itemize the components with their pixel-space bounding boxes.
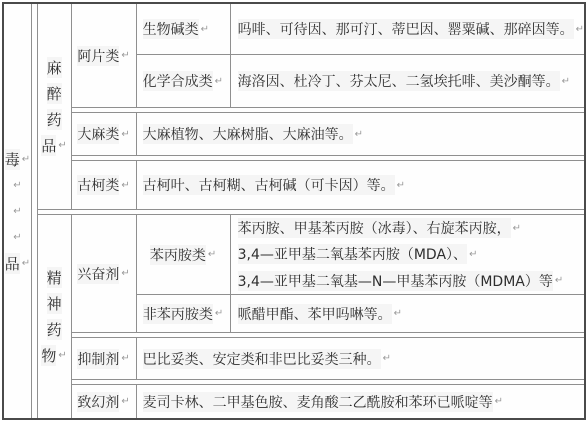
content-cell-merged: 巴比妥类、安定类和非巴比妥类三种。↵ (137, 338, 584, 379)
return-mark-icon: ↵ (208, 249, 216, 260)
return-mark-icon: ↵ (13, 206, 21, 217)
table-row-alkaloids: 生物碱类↵ 吗啡、可待因、那可汀、蒂巴因、罂粟碱、那碎因等。↵ (137, 4, 584, 55)
content-text: 海洛因、杜冷丁、芬太尼、二氢埃托啡、美沙酮等。 (238, 71, 560, 91)
section-narcotic-drugs: 麻 醉 药 品↵ 阿片类↵ 生物碱类↵ (38, 4, 584, 209)
return-mark-icon: ↵ (121, 268, 129, 279)
group-label-stimulants: 兴奋剂↵ (72, 215, 137, 332)
content-cell-merged: 古柯叶、古柯糊、古柯碱（可卡因）等。↵ (137, 161, 584, 209)
return-mark-icon: ↵ (121, 353, 129, 364)
content-text: 大麻植物、大麻树脂、大麻油等。 (143, 124, 353, 144)
char-zui: 醉 (47, 83, 62, 104)
return-mark-icon: ↵ (121, 396, 129, 407)
return-mark-icon: ↵ (397, 180, 405, 191)
content-cell: 海洛因、杜冷丁、芬太尼、二氢埃托啡、美沙酮等。↵ (231, 55, 584, 107)
vertical-char-line: 毒↵ (5, 146, 30, 172)
table-main-area: 麻 醉 药 品↵ 阿片类↵ 生物碱类↵ (38, 4, 584, 418)
group-hallucinogens: 致幻剂↵ 麦司卡林、二甲基色胺、麦角酸二乙酰胺和苯环已哌啶等↵ (72, 385, 584, 418)
group-stimulants: 兴奋剂↵ 苯丙胺类↵ 苯丙胺、甲基苯丙胺（冰毒）、右旋苯丙胺，↵ 3,4—亚甲基… (72, 215, 584, 332)
vertical-char-line: 品↵ (5, 250, 30, 276)
group-label-text: 兴奋剂 (77, 264, 119, 284)
section-label-mazui-yaopin: 麻 醉 药 品↵ (38, 4, 72, 209)
table-row-non-amphetamines: 非苯丙胺类↵ 哌醋甲酯、苯甲吗啉等。↵ (137, 295, 584, 332)
drug-classification-table: 毒↵ ↵ ↵ ↵ 品↵ 麻 醉 药 品↵ (2, 2, 586, 420)
return-mark-icon: ↵ (201, 24, 209, 35)
return-mark-icon: ↵ (13, 232, 21, 243)
content-text: 古柯叶、古柯糊、古柯碱（可卡因）等。 (143, 175, 395, 195)
content-cell-multiline: 苯丙胺、甲基苯丙胺（冰毒）、右旋苯丙胺，↵ 3,4—亚甲基二氧基苯丙胺（MDA）… (231, 215, 584, 294)
char-yao: 药 (47, 109, 62, 130)
group-label-text: 阿片类 (77, 46, 119, 66)
content-line: 3,4—亚甲基二氧基—N—甲基苯丙胺（MDMA）等 (238, 271, 553, 291)
return-mark-icon: ↵ (495, 396, 503, 407)
empty-paragraph-line: ↵ (13, 198, 21, 224)
group-label-text: 古柯类 (77, 175, 119, 195)
subcategory-cell: 化学合成类↵ (137, 55, 231, 107)
subcategory-text: 生物碱类 (143, 19, 199, 39)
char-du: 毒 (5, 149, 20, 170)
subcategory-cell: 非苯丙胺类↵ (137, 295, 231, 332)
content-text: 巴比妥类、安定类和非巴比妥类三种。 (143, 349, 381, 369)
return-mark-icon: ↵ (562, 76, 570, 87)
narcotics-groups: 阿片类↵ 生物碱类↵ 吗啡、可待因、那可汀、蒂巴因、罂粟碱、那碎因等。↵ (72, 4, 584, 209)
return-mark-icon: ↵ (121, 180, 129, 191)
content-text: 麦司卡林、二甲基色胺、麦角酸二乙酰胺和苯环已哌啶等 (143, 392, 493, 412)
group-depressants: 抑制剂↵ 巴比妥类、安定类和非巴比妥类三种。↵ (72, 338, 584, 379)
return-mark-icon: ↵ (394, 308, 402, 319)
subcategory-cell: 苯丙胺类↵ (137, 215, 231, 294)
opiates-rows: 生物碱类↵ 吗啡、可待因、那可汀、蒂巴因、罂粟碱、那碎因等。↵ 化学合成类↵ (137, 4, 584, 107)
subcategory-text: 苯丙胺类 (150, 245, 206, 265)
return-mark-icon: ↵ (215, 308, 223, 319)
content-cell-merged: 大麻植物、大麻树脂、大麻油等。↵ (137, 113, 584, 155)
section-label-jingshen-yaowu: 精 神 药 物↵ (38, 215, 72, 418)
char-pin: 品 (5, 253, 20, 274)
return-mark-icon: ↵ (58, 140, 66, 151)
group-label-coca: 古柯类↵ (72, 161, 137, 209)
char-yao: 药 (47, 319, 62, 340)
group-label-opiates: 阿片类↵ (72, 4, 137, 107)
return-mark-icon: ↵ (513, 223, 521, 234)
return-mark-icon: ↵ (58, 350, 66, 361)
return-mark-icon: ↵ (383, 353, 391, 364)
content-cell: 哌醋甲酯、苯甲吗啉等。↵ (231, 295, 584, 332)
content-cell: 吗啡、可待因、那可汀、蒂巴因、罂粟碱、那碎因等。↵ (231, 4, 584, 54)
group-label-text: 抑制剂 (77, 349, 119, 369)
group-cannabis: 大麻类↵ 大麻植物、大麻树脂、大麻油等。↵ (72, 113, 584, 155)
category-column-dupin: 毒↵ ↵ ↵ ↵ 品↵ (4, 4, 32, 418)
char-jing: 精 (47, 267, 62, 288)
table-row-synthetic: 化学合成类↵ 海洛因、杜冷丁、芬太尼、二氢埃托啡、美沙酮等。↵ (137, 55, 584, 107)
content-text: 哌醋甲酯、苯甲吗啉等。 (238, 304, 392, 324)
subcategory-text: 化学合成类 (143, 71, 213, 91)
empty-paragraph-line: ↵ (13, 224, 21, 250)
table-row-amphetamines: 苯丙胺类↵ 苯丙胺、甲基苯丙胺（冰毒）、右旋苯丙胺，↵ 3,4—亚甲基二氧基苯丙… (137, 215, 584, 295)
content-cell-merged: 麦司卡林、二甲基色胺、麦角酸二乙酰胺和苯环已哌啶等↵ (137, 385, 584, 418)
return-mark-icon: ↵ (13, 180, 21, 191)
return-mark-icon: ↵ (121, 50, 129, 61)
content-text: 吗啡、可待因、那可汀、蒂巴因、罂粟碱、那碎因等。 (238, 19, 574, 39)
group-label-depressants: 抑制剂↵ (72, 338, 137, 379)
return-mark-icon: ↵ (469, 249, 477, 260)
group-label-hallucinogens: 致幻剂↵ (72, 385, 137, 418)
return-mark-icon: ↵ (215, 76, 223, 87)
char-shen: 神 (47, 293, 62, 314)
char-pin: 品 (41, 135, 56, 156)
empty-paragraph-line: ↵ (13, 172, 21, 198)
return-mark-icon: ↵ (355, 129, 363, 140)
return-mark-icon: ↵ (555, 275, 563, 286)
stimulants-rows: 苯丙胺类↵ 苯丙胺、甲基苯丙胺（冰毒）、右旋苯丙胺，↵ 3,4—亚甲基二氧基苯丙… (137, 215, 584, 332)
return-mark-icon: ↵ (22, 258, 30, 269)
return-mark-icon: ↵ (121, 129, 129, 140)
content-line: 苯丙胺、甲基苯丙胺（冰毒）、右旋苯丙胺， (238, 218, 511, 238)
group-label-text: 致幻剂 (77, 392, 119, 412)
group-label-text: 大麻类 (77, 124, 119, 144)
subcategory-cell: 生物碱类↵ (137, 4, 231, 54)
group-opiates: 阿片类↵ 生物碱类↵ 吗啡、可待因、那可汀、蒂巴因、罂粟碱、那碎因等。↵ (72, 4, 584, 107)
char-ma: 麻 (47, 57, 62, 78)
char-wu: 物 (41, 345, 56, 366)
content-line: 3,4—亚甲基二氧基苯丙胺（MDA）、 (238, 244, 467, 264)
return-mark-icon: ↵ (22, 154, 30, 165)
subcategory-text: 非苯丙胺类 (143, 304, 213, 324)
return-mark-icon: ↵ (576, 24, 584, 35)
psychotropic-groups: 兴奋剂↵ 苯丙胺类↵ 苯丙胺、甲基苯丙胺（冰毒）、右旋苯丙胺，↵ 3,4—亚甲基… (72, 215, 584, 418)
group-coca: 古柯类↵ 古柯叶、古柯糊、古柯碱（可卡因）等。↵ (72, 161, 584, 209)
group-label-cannabis: 大麻类↵ (72, 113, 137, 155)
section-psychotropic: 精 神 药 物↵ 兴奋剂↵ 苯丙胺类↵ (38, 215, 584, 418)
